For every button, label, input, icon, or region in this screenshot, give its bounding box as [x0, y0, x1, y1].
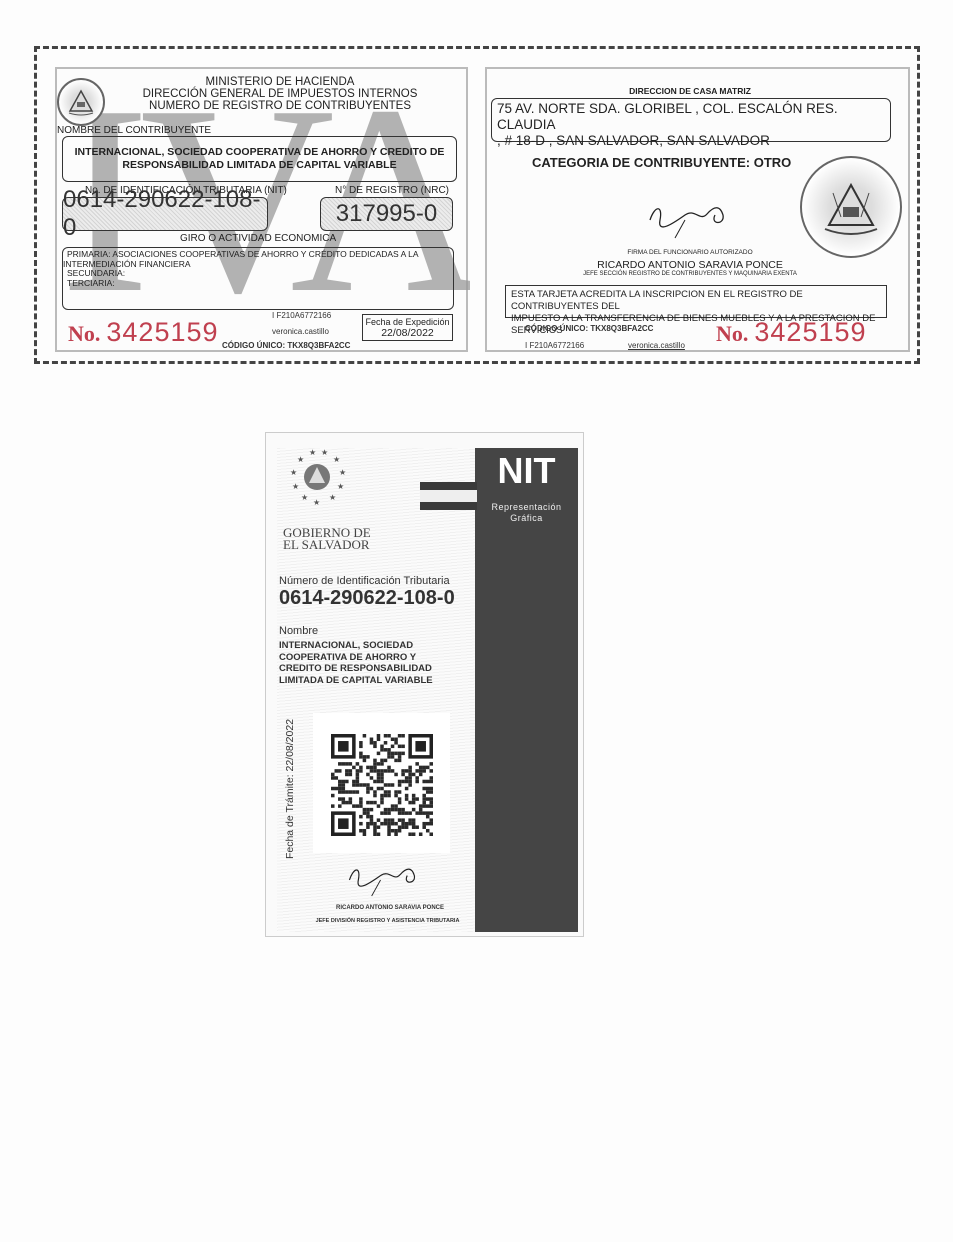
nit-value: 0614-290622-108-0 [279, 587, 455, 610]
fecha-tramite: Fecha de Trámite: 22/08/2022 [284, 699, 296, 879]
funcionario-cargo: JEFE DIVISIÓN REGISTRO Y ASISTENCIA TRIB… [300, 918, 475, 924]
codigo-unico: CÓDIGO ÚNICO: TKX8Q3BFA2CC [222, 341, 350, 350]
categoria: CATEGORIA DE CONTRIBUYENTE: OTRO [532, 155, 791, 170]
address-box: 75 AV. NORTE SDA. GLORIBEL , COL. ESCALÓ… [491, 98, 891, 142]
address-line: , # 18-D , SAN SALVADOR, SAN SALVADOR [497, 133, 885, 149]
nombre-label: Nombre [279, 625, 318, 637]
header-line: NUMERO DE REGISTRO DE CONTRIBUYENTES [110, 100, 450, 112]
taxpayer-name-line: RESPONSABILIDAD LIMITADA DE CAPITAL VARI… [63, 159, 456, 172]
svg-text:★: ★ [337, 482, 344, 491]
stars-coat-of-arms-icon: ★★ ★★ ★★ ★★ ★★ ★ [287, 447, 347, 507]
signature [645, 200, 735, 240]
svg-text:★: ★ [333, 455, 340, 464]
serial-number: No.3425159 [68, 317, 219, 348]
taxpayer-name-box: INTERNACIONAL, SOCIEDAD COOPERATIVA DE A… [62, 136, 457, 182]
nrc-value: 317995-0 [320, 197, 453, 231]
svg-text:★: ★ [321, 448, 328, 457]
flag-stripes-icon [420, 482, 477, 510]
nombre-label: NOMBRE DEL CONTRIBUYENTE [57, 125, 211, 136]
user-name: veronica.castillo [628, 341, 685, 350]
serial-prefix: No. [68, 321, 100, 346]
gobierno-logo-text: GOBIERNO DE EL SALVADOR [283, 527, 371, 551]
serial-value: 3425159 [754, 317, 866, 347]
funcionario-name: RICARDO ANTONIO SARAVIA PONCE [485, 259, 895, 271]
svg-text:★: ★ [329, 493, 336, 502]
firma-label: FIRMA DEL FUNCIONARIO AUTORIZADO [485, 249, 895, 256]
svg-text:★: ★ [339, 468, 346, 477]
issuer-header: MINISTERIO DE HACIENDA DIRECCIÓN GENERAL… [110, 76, 450, 112]
fecha-value: 22/08/2022 [363, 328, 452, 339]
nit-title: NIT [475, 450, 578, 492]
signature [345, 860, 425, 900]
svg-text:★: ★ [313, 498, 320, 507]
nit-subtitle: Representación Gráfica [475, 502, 578, 524]
nombre-value: INTERNACIONAL, SOCIEDAD COOPERATIVA DE A… [279, 640, 479, 686]
svg-text:★: ★ [309, 448, 316, 457]
giro-secundaria: SECUNDARIA: [67, 269, 449, 279]
giro-terciaria: TERCIARIA: [67, 279, 449, 289]
nombre-line: INTERNACIONAL, SOCIEDAD [279, 640, 479, 652]
ref-code: I F210A6772166 [272, 311, 331, 320]
funcionario-cargo: JEFE SECCIÓN REGISTRO DE CONTRIBUYENTES … [485, 271, 895, 277]
nombre-line: COOPERATIVA DE AHORRO Y [279, 652, 479, 664]
header-line: MINISTERIO DE HACIENDA [110, 76, 450, 88]
coat-of-arms-seal-icon [57, 78, 105, 126]
svg-text:★: ★ [297, 455, 304, 464]
subtitle-line: Gráfica [475, 513, 578, 524]
gobierno-line: EL SALVADOR [283, 539, 371, 551]
nombre-line: LIMITADA DE CAPITAL VARIABLE [279, 675, 479, 687]
nrc-label: N° DE REGISTRO (NRC) [335, 185, 449, 196]
giro-label: GIRO O ACTIVIDAD ECONOMICA [180, 233, 336, 244]
address-line: 75 AV. NORTE SDA. GLORIBEL , COL. ESCALÓ… [497, 101, 885, 133]
nombre-line: CREDITO DE RESPONSABILIDAD [279, 663, 479, 675]
serial-value: 3425159 [106, 317, 218, 347]
subtitle-line: Representación [475, 502, 578, 513]
fecha-expedicion-box: Fecha de Expedición 22/08/2022 [362, 314, 453, 341]
user-name: veronica.castillo [272, 327, 329, 336]
acredita-line: ESTA TARJETA ACREDITA LA INSCRIPCION EN … [511, 289, 881, 313]
serial-number: No.3425159 [716, 317, 867, 348]
taxpayer-name-line: INTERNACIONAL, SOCIEDAD COOPERATIVA DE A… [63, 146, 456, 159]
qr-code[interactable] [331, 734, 433, 836]
funcionario-name: RICARDO ANTONIO SARAVIA PONCE [330, 905, 450, 911]
svg-text:★: ★ [301, 493, 308, 502]
header-line: DIRECCIÓN GENERAL DE IMPUESTOS INTERNOS [110, 88, 450, 100]
direccion-label: DIRECCION DE CASA MATRIZ [485, 86, 895, 96]
coat-of-arms-seal-icon [800, 156, 902, 258]
giro-box: PRIMARIA: ASOCIACIONES COOPERATIVAS DE A… [62, 247, 454, 310]
acredita-notice: ESTA TARJETA ACREDITA LA INSCRIPCION EN … [505, 285, 887, 318]
nit-value: 0614-290622-108-0 [62, 197, 268, 231]
svg-text:★: ★ [292, 482, 299, 491]
codigo-unico: CÓDIGO ÚNICO: TKX8Q3BFA2CC [525, 324, 653, 333]
serial-prefix: No. [716, 321, 748, 346]
svg-text:★: ★ [290, 468, 297, 477]
ref-code: I F210A6772166 [525, 341, 584, 350]
nit-label: Número de Identificación Tributaria [279, 575, 450, 587]
